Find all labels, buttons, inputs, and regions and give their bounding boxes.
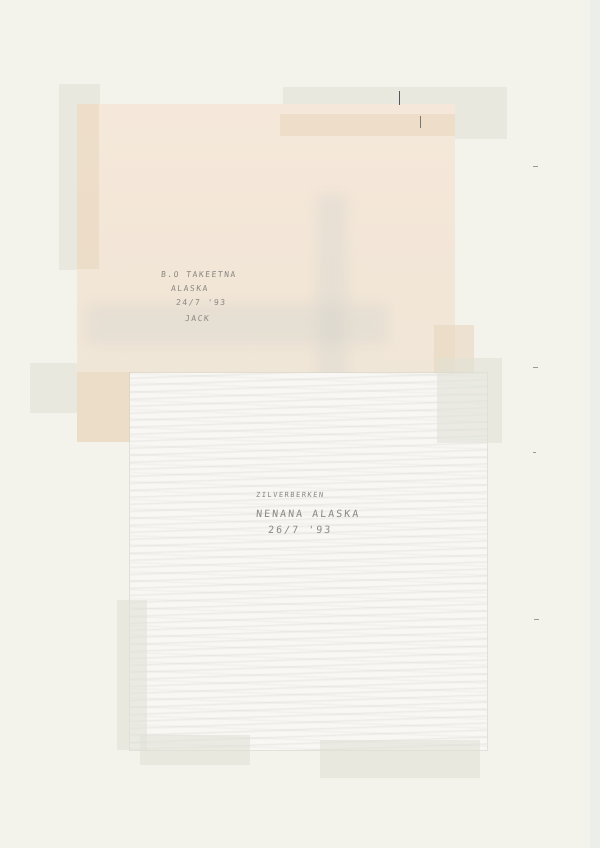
front-inscription-line1: ZILVERBERKEN	[256, 491, 325, 499]
back-inscription-line4: JACK	[185, 314, 211, 323]
tape-back-card-bottom-left	[77, 372, 132, 442]
back-inscription-line3: 24/7 '93	[176, 298, 227, 307]
tape-back-card-left	[77, 104, 99, 269]
registration-mark-1	[533, 166, 538, 167]
tape-front-left	[117, 600, 147, 750]
front-card: ZILVERBERKEN NENANA ALASKA 26/7 '93	[130, 373, 487, 750]
tape-back-card-top	[280, 114, 455, 136]
back-inscription-line1: B.O TAKEETNA	[161, 270, 237, 279]
registration-mark-4	[534, 619, 539, 620]
pin-mark-2	[420, 116, 421, 128]
tape-front-bottom	[320, 740, 480, 778]
sheet-edge	[590, 0, 600, 848]
front-inscription-line3: 26/7 '93	[268, 525, 333, 536]
front-inscription-line2: NENANA ALASKA	[256, 509, 361, 520]
registration-mark-2	[533, 367, 538, 368]
back-inscription-line2: ALASKA	[171, 284, 210, 293]
pin-mark	[399, 91, 400, 105]
registration-mark-3	[533, 452, 536, 453]
tape-front-right	[437, 358, 502, 443]
ghost-image-mast	[317, 194, 347, 394]
ghost-image-shore	[87, 304, 387, 344]
tape-front-bottom-left	[140, 735, 250, 765]
